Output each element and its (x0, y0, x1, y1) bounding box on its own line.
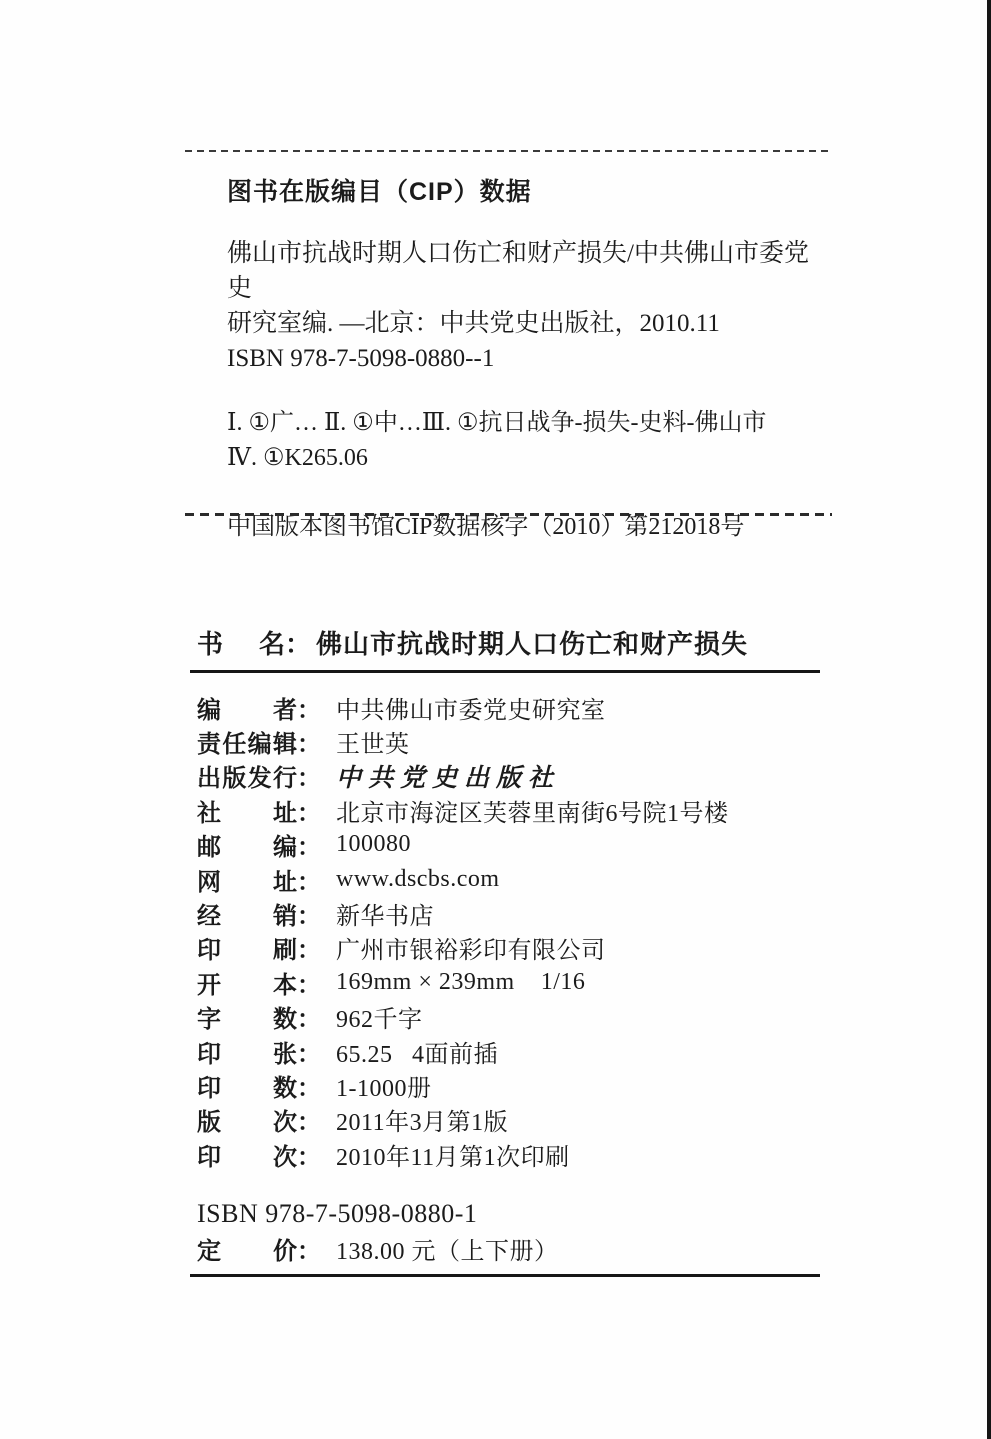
row-label: 定价 (197, 1231, 297, 1266)
row-value: 中共佛山市委党史研究室 (336, 690, 606, 725)
colophon-row-printrun: 印数： 1-1000册 (197, 1068, 823, 1102)
row-value: 中共党史出版社 (336, 758, 560, 794)
row-label: 印刷 (197, 930, 297, 965)
cip-classification: Ⅰ. ①广… Ⅱ. ①中…Ⅲ. ①抗日战争-损失-史料-佛山市 Ⅳ. ①K265… (227, 406, 822, 476)
colophon-row-postcode: 邮编： 100080 (197, 828, 823, 862)
cip-header: 图书在版编目（CIP）数据 (227, 172, 822, 208)
row-value: 962千字 (336, 999, 423, 1034)
row-value: 169mm × 239mm 1/16 (336, 969, 585, 996)
colophon-row-responsible-editor: 责任编辑： 王世英 (197, 724, 823, 758)
row-label: 印次 (197, 1137, 297, 1172)
colophon-row-wordcount: 字数： 962千字 (197, 1000, 823, 1034)
dashed-divider-top (185, 150, 832, 152)
cip-data-box: 图书在版编目（CIP）数据 佛山市抗战时期人口伤亡和财产损失/中共佛山市委党史 … (185, 150, 832, 516)
row-label: 印张 (197, 1034, 297, 1069)
row-label: 印数 (197, 1068, 297, 1103)
row-colon: ： (297, 999, 321, 1034)
row-colon: ： (297, 1068, 321, 1103)
row-label: 出版发行 (197, 758, 297, 793)
cip-isbn-line: ISBN 978-7-5098-0880--1 (227, 341, 822, 376)
cip-record-line: 研究室编. —北京：中共党史出版社，2010.11 (227, 306, 822, 341)
colophon-row-sheets: 印张： 65.25 4面前插 (197, 1034, 823, 1068)
colophon-row-editor: 编者： 中共佛山市委党史研究室 (197, 690, 823, 724)
row-value: 新华书店 (336, 896, 434, 931)
row-colon: ： (297, 896, 321, 931)
dashed-divider-bottom (185, 513, 832, 516)
row-colon: ： (297, 690, 321, 725)
row-value: 2011年3月第1版 (336, 1102, 508, 1137)
cip-record: 佛山市抗战时期人口伤亡和财产损失/中共佛山市委党史 研究室编. —北京：中共党史… (227, 236, 822, 376)
cip-class-line: Ⅳ. ①K265.06 (227, 441, 822, 476)
row-colon: ： (297, 793, 321, 828)
row-label: 经销 (197, 896, 297, 931)
row-label: 编者 (197, 690, 297, 725)
colophon-row-format: 开本： 169mm × 239mm 1/16 (197, 965, 823, 999)
book-title: 佛山市抗战时期人口伤亡和财产损失 (316, 628, 748, 660)
book-title-row: 书名 ： 佛山市抗战时期人口伤亡和财产损失 (197, 628, 823, 660)
row-colon: ： (297, 862, 321, 897)
colophon-row-website: 网址： www.dscbs.com (197, 862, 823, 896)
row-label: 责任编辑 (197, 724, 297, 759)
row-value: 65.25 4面前插 (336, 1034, 498, 1069)
row-value: 广州市银裕彩印有限公司 (336, 930, 606, 965)
colophon-row-printer: 印刷： 广州市银裕彩印有限公司 (197, 931, 823, 965)
row-label: 开本 (197, 965, 297, 1000)
row-value: 1-1000册 (336, 1068, 432, 1103)
row-colon: ： (297, 930, 321, 965)
row-colon: ： (297, 827, 321, 862)
row-label: 邮编 (197, 827, 297, 862)
row-colon: ： (297, 965, 321, 1000)
row-value: 2010年11月第1次印刷 (336, 1137, 570, 1172)
cip-content: 图书在版编目（CIP）数据 佛山市抗战时期人口伤亡和财产损失/中共佛山市委党史 … (185, 150, 832, 541)
row-colon: ： (297, 1102, 321, 1137)
colophon-row-distributor: 经销： 新华书店 (197, 896, 823, 930)
rule-under-title (190, 670, 820, 673)
row-value: 王世英 (336, 724, 410, 759)
cip-class-line: Ⅰ. ①广… Ⅱ. ①中…Ⅲ. ①抗日战争-损失-史料-佛山市 (227, 406, 822, 441)
row-label: 书名 (197, 628, 285, 660)
colophon: 书名 ： 佛山市抗战时期人口伤亡和财产损失 编者： 中共佛山市委党史研究室 责任… (197, 628, 823, 1277)
row-colon: ： (297, 758, 321, 793)
row-label: 版次 (197, 1102, 297, 1137)
colophon-row-publisher: 出版发行： 中共党史出版社 (197, 759, 823, 793)
price-row: 定价： 138.00 元（上下册） (197, 1231, 823, 1265)
row-colon: ： (297, 1137, 321, 1172)
row-value: 北京市海淀区芙蓉里南街6号院1号楼 (336, 793, 729, 828)
row-colon: ： (297, 1231, 321, 1266)
price-value: 138.00 元（上下册） (336, 1231, 559, 1266)
colophon-row-edition: 版次： 2011年3月第1版 (197, 1103, 823, 1137)
row-value: 100080 (336, 831, 411, 858)
row-value: www.dscbs.com (336, 866, 500, 893)
colophon-rows: 编者： 中共佛山市委党史研究室 责任编辑： 王世英 出版发行： 中共党史出版社 … (197, 690, 823, 1171)
cip-record-line: 佛山市抗战时期人口伤亡和财产损失/中共佛山市委党史 (227, 236, 822, 306)
cip-registry-line: 中国版本图书馆CIP数据核字（2010）第212018号 (227, 506, 822, 541)
row-colon: ： (297, 724, 321, 759)
row-label: 网址 (197, 862, 297, 897)
rule-bottom (190, 1274, 820, 1277)
isbn-line: ISBN 978-7-5098-0880-1 (197, 1199, 823, 1229)
scan-edge-artifact (987, 0, 991, 1439)
row-colon: ： (285, 628, 311, 660)
row-label: 社址 (197, 793, 297, 828)
row-colon: ： (297, 1034, 321, 1069)
copyright-page: 图书在版编目（CIP）数据 佛山市抗战时期人口伤亡和财产损失/中共佛山市委党史 … (0, 0, 991, 1439)
colophon-row-impression: 印次： 2010年11月第1次印刷 (197, 1137, 823, 1171)
colophon-row-address: 社址： 北京市海淀区芙蓉里南街6号院1号楼 (197, 793, 823, 827)
row-label: 字数 (197, 999, 297, 1034)
